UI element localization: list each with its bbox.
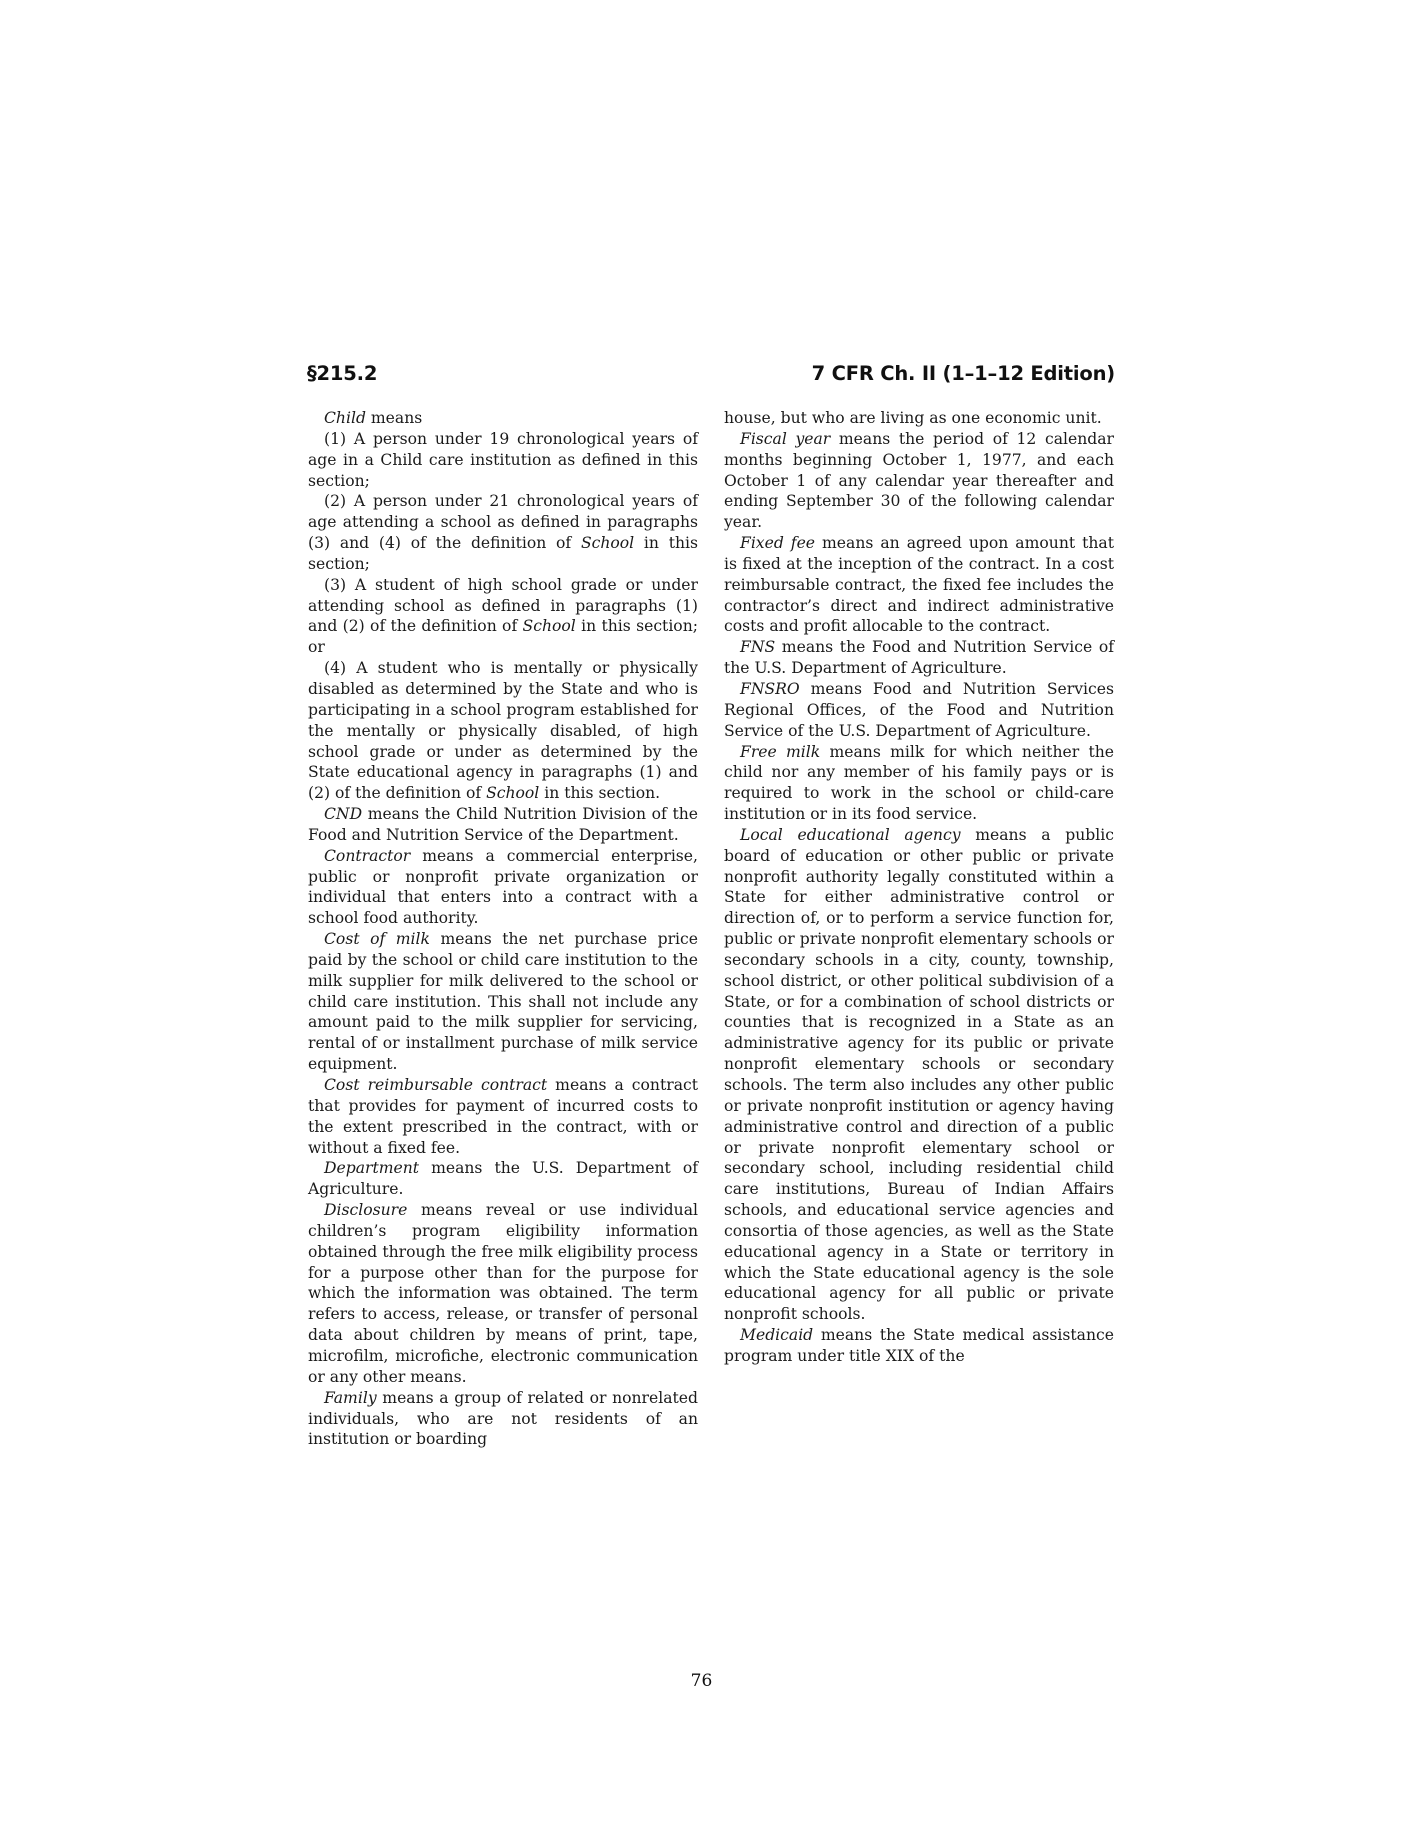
- defined-term: Cost of milk: [324, 930, 430, 948]
- definition-paragraph: Family means a group of related or nonre…: [308, 1388, 698, 1451]
- definition-paragraph-continued: house, but who are living as one eco­nom…: [724, 408, 1114, 429]
- running-head: §215.2 7 CFR Ch. II (1–1–12 Edition): [307, 362, 1115, 390]
- defined-term: Disclosure: [324, 1201, 407, 1219]
- definition-paragraph: (2) A person under 21 chronological year…: [308, 491, 698, 574]
- section-number: §215.2: [307, 362, 377, 385]
- right-column: house, but who are living as one eco­nom…: [724, 408, 1114, 1367]
- defined-term: Contractor: [324, 847, 410, 865]
- definition-paragraph: (4) A student who is mentally or physica…: [308, 658, 698, 804]
- page-number: 76: [0, 1671, 1427, 1691]
- defined-term: Cost reimbursable contract: [324, 1076, 547, 1094]
- defined-term: School: [523, 617, 576, 635]
- definition-paragraph: Cost of milk means the net purchase pric…: [308, 929, 698, 1075]
- defined-term: Fiscal year: [740, 430, 830, 448]
- defined-term: Child: [324, 409, 366, 427]
- definition-paragraph: Cost reimbursable contract means a contr…: [308, 1075, 698, 1158]
- definition-paragraph: CND means the Child Nutrition Divi­sion …: [308, 804, 698, 846]
- defined-term: Department: [324, 1159, 419, 1177]
- definition-paragraph: Department means the U.S. Depart­ment of…: [308, 1158, 698, 1200]
- definition-paragraph: Free milk means milk for which nei­ther …: [724, 742, 1114, 825]
- defined-term: FNS: [740, 638, 775, 656]
- defined-term: Family: [324, 1389, 377, 1407]
- defined-term: FNSRO: [740, 680, 800, 698]
- definition-paragraph: Disclosure means reveal or use indi­vidu…: [308, 1200, 698, 1388]
- left-column: Child means (1) A person under 19 chrono…: [308, 408, 698, 1450]
- definition-paragraph: Child means: [308, 408, 698, 429]
- defined-term: Local educational agency: [740, 826, 961, 844]
- definition-paragraph: Contractor means a commercial en­terpris…: [308, 846, 698, 929]
- defined-term: School: [486, 784, 539, 802]
- definition-paragraph: Fixed fee means an agreed upon amount th…: [724, 533, 1114, 637]
- defined-term: Free milk: [740, 743, 820, 761]
- definition-paragraph: (3) A student of high school grade or un…: [308, 575, 698, 658]
- defined-term: School: [581, 534, 634, 552]
- definition-paragraph: FNSRO means Food and Nutrition Services …: [724, 679, 1114, 742]
- definition-paragraph: FNS means the Food and Nutrition Service…: [724, 637, 1114, 679]
- definition-paragraph: (1) A person under 19 chronological year…: [308, 429, 698, 492]
- definition-paragraph: Medicaid means the State medical as­sist…: [724, 1325, 1114, 1367]
- defined-term: Medicaid: [740, 1326, 813, 1344]
- defined-term: CND: [324, 805, 362, 823]
- definition-paragraph: Local educational agency means a pub­lic…: [724, 825, 1114, 1325]
- document-page: §215.2 7 CFR Ch. II (1–1–12 Edition) Chi…: [0, 0, 1427, 1847]
- publication-title: 7 CFR Ch. II (1–1–12 Edition): [812, 362, 1115, 385]
- defined-term: Fixed fee: [740, 534, 815, 552]
- definition-paragraph: Fiscal year means the period of 12 cal­e…: [724, 429, 1114, 533]
